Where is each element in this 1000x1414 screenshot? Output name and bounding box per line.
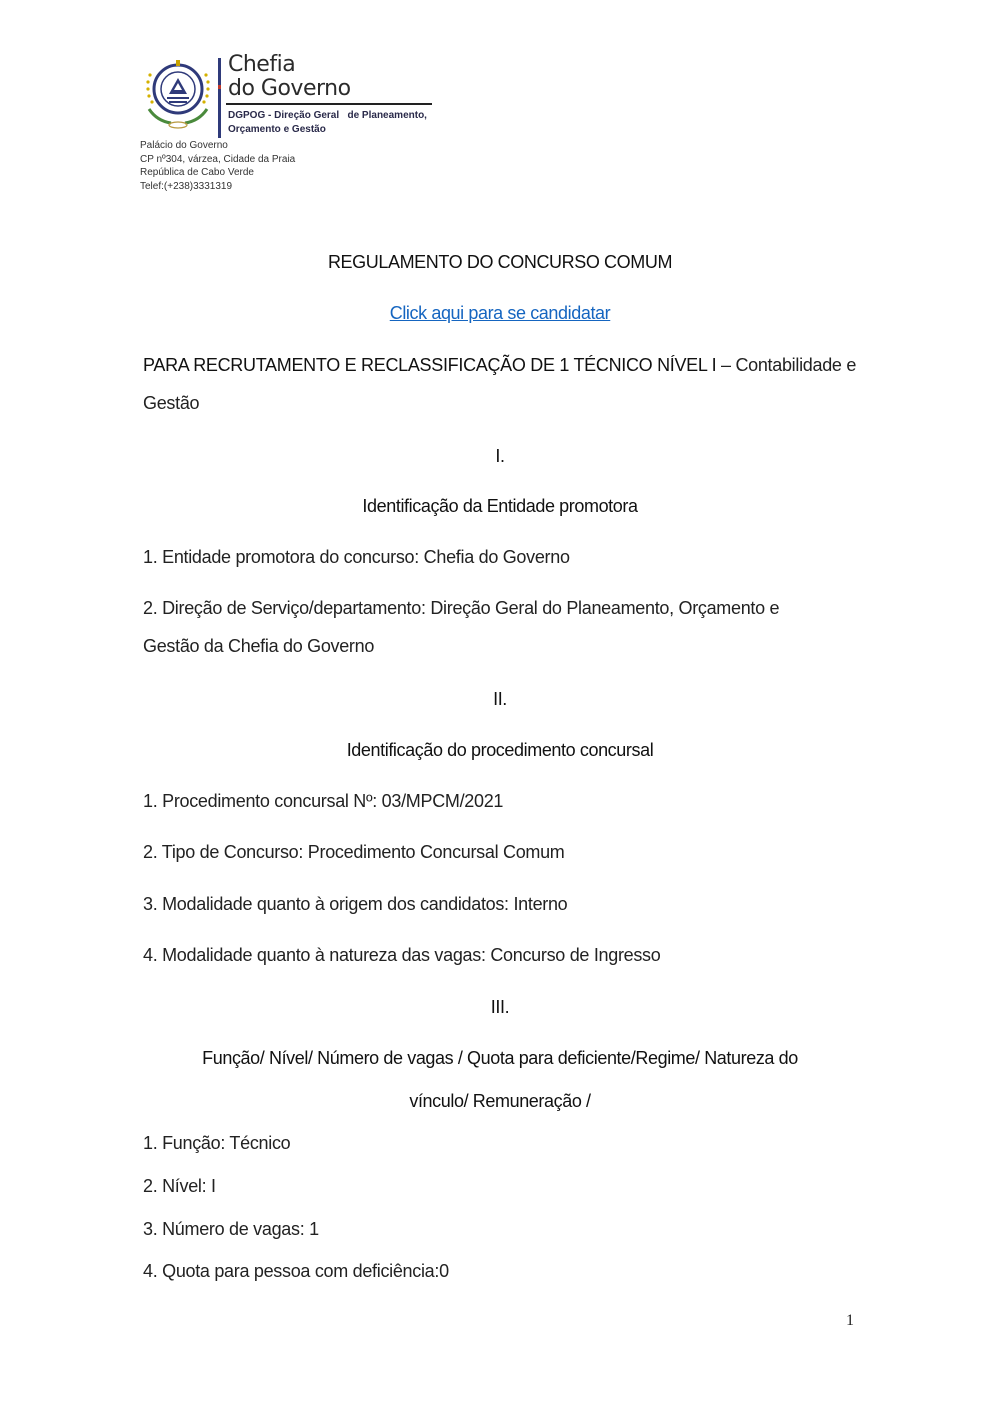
subtitle-rest: – Contabilidade e [716, 355, 856, 375]
list-item: 2. Nível: I [143, 1176, 858, 1197]
list-item: 3. Modalidade quanto à origem dos candid… [143, 894, 858, 915]
address-line: República de Cabo Verde [140, 166, 295, 180]
section-title: Identificação do procedimento concursal [0, 740, 1000, 761]
list-item: 4. Quota para pessoa com deficiência:0 [143, 1261, 858, 1282]
list-item: 1. Função: Técnico [143, 1133, 858, 1154]
list-item: 2. Tipo de Concurso: Procedimento Concur… [143, 842, 858, 863]
apply-link[interactable]: Click aqui para se candidatar [0, 303, 1000, 324]
address-line: CP nº304, várzea, Cidade da Praia [140, 153, 295, 167]
letterhead: Chefia do Governo DGPOG - Direção Geral … [140, 55, 440, 195]
coat-of-arms-icon [143, 57, 213, 137]
list-item: 3. Número de vagas: 1 [143, 1219, 858, 1240]
document-title: REGULAMENTO DO CONCURSO COMUM [0, 252, 1000, 273]
section-title: Identificação da Entidade promotora [0, 496, 1000, 517]
list-item-continuation: Gestão da Chefia do Governo [143, 636, 858, 657]
list-item: 1. Entidade promotora do concurso: Chefi… [143, 547, 858, 568]
org-underline [226, 103, 432, 105]
section-number: II. [0, 689, 1000, 710]
org-name-line1: Chefia [228, 53, 351, 77]
document-subtitle: PARA RECRUTAMENTO E RECLASSIFICAÇÃO DE 1… [143, 346, 858, 422]
org-name-line2: do Governo [228, 77, 351, 101]
list-item: 1. Procedimento concursal Nº: 03/MPCM/20… [143, 791, 858, 812]
section-title: Função/ Nível/ Número de vagas / Quota p… [0, 1048, 1000, 1069]
section-title-line2: vínculo/ Remuneração / [0, 1091, 1000, 1112]
department-line1: DGPOG - Direção Geral de Planeamento, [228, 109, 427, 123]
list-item: 4. Modalidade quanto à natureza das vaga… [143, 945, 858, 966]
address-block: Palácio do Governo CP nº304, várzea, Cid… [140, 139, 295, 193]
divider-accent [218, 85, 221, 89]
org-name: Chefia do Governo [228, 53, 351, 101]
subtitle-line2: Gestão [143, 393, 199, 413]
section-number: III. [0, 997, 1000, 1018]
department-line2: Orçamento e Gestão [228, 123, 427, 137]
page-number: 1 [846, 1312, 854, 1330]
address-line: Palácio do Governo [140, 139, 295, 153]
phone-line: Telef:(+238)3331319 [140, 180, 295, 194]
department-name: DGPOG - Direção Geral de Planeamento, Or… [228, 109, 427, 137]
list-item: 2. Direção de Serviço/departamento: Dire… [143, 598, 858, 619]
subtitle-caps: PARA RECRUTAMENTO E RECLASSIFICAÇÃO DE 1… [143, 355, 716, 375]
section-number: I. [0, 446, 1000, 467]
letterhead-divider [218, 58, 221, 138]
